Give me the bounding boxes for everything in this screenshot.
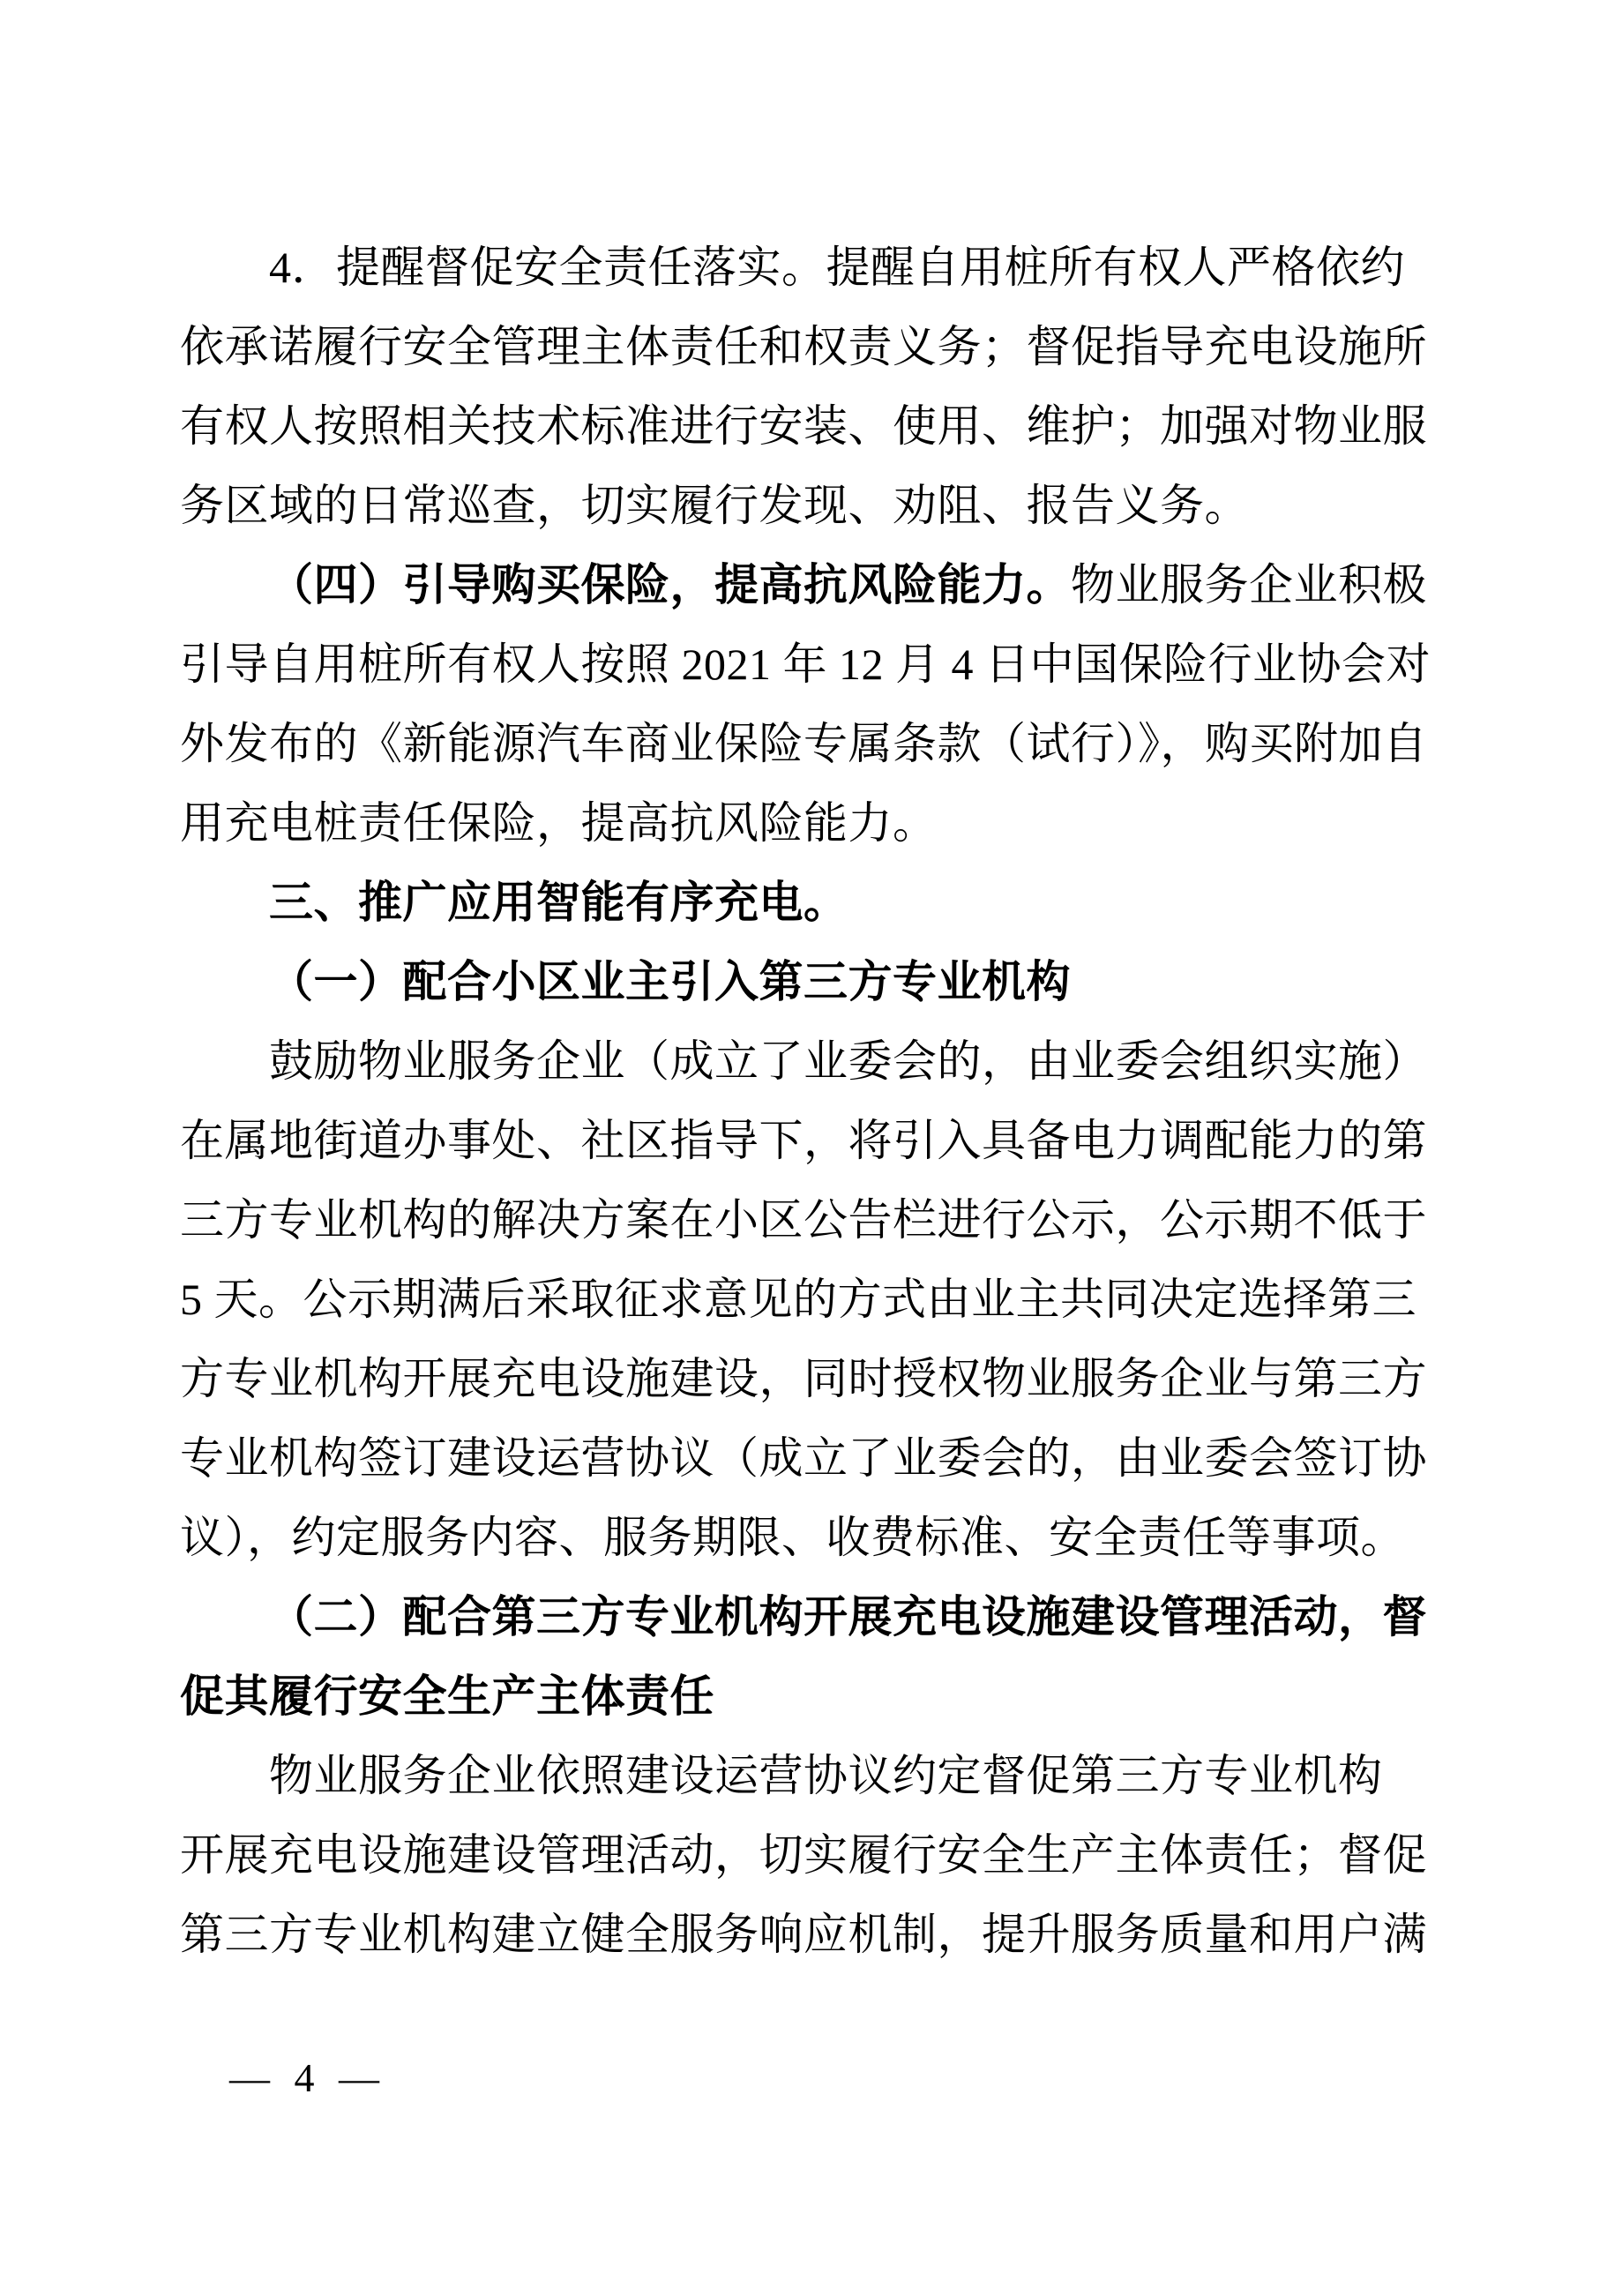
body-text: 第三方专业机构建立健全服务响应机制，提升服务质量和用户满 — [180, 1910, 1427, 1959]
heading-text: 促其履行安全生产主体责任 — [180, 1672, 714, 1721]
body-text: 引导自用桩所有权人按照 2021 年 12 月 4 日中国保险行业协会对 — [180, 639, 1431, 689]
body-text: 三方专业机构的解决方案在小区公告栏进行公示，公示期不低于 — [180, 1195, 1427, 1245]
text-line: 在属地街道办事处、社区指导下，将引入具备电力调配能力的第 — [180, 1101, 1461, 1180]
heading-text: （四）引导购买保险，提高抗风险能力。 — [269, 560, 1071, 610]
text-line: 专业机构签订建设运营协议（成立了业委会的，由业委会签订协 — [180, 1418, 1461, 1498]
text-line: 外发布的《新能源汽车商业保险专属条款（试行）》，购买附加自 — [180, 704, 1461, 783]
body-text: 方专业机构开展充电设施建设，同时授权物业服务企业与第三方 — [180, 1354, 1427, 1403]
heading-text: 三、推广应用智能有序充电。 — [269, 878, 848, 927]
body-text: 依承诺履行安全管理主体责任和权责义务；督促指导充电设施所 — [180, 322, 1427, 371]
text-line: 有权人按照相关技术标准进行安装、使用、维护；加强对物业服 — [180, 386, 1461, 466]
body-text: 物业服务企业积极 — [1071, 560, 1427, 610]
text-line: 5 天。公示期满后采取征求意见的方式由业主共同决定选择第三 — [180, 1260, 1461, 1339]
text-line: 物业服务企业依照建设运营协议约定督促第三方专业机构 — [180, 1736, 1461, 1815]
text-line: 鼓励物业服务企业（成立了业委会的，由业委会组织实施） — [180, 1021, 1461, 1101]
document-page: 4．提醒督促安全责任落实。提醒自用桩所有权人严格依约依承诺履行安全管理主体责任和… — [0, 0, 1622, 2296]
body-text: 鼓励物业服务企业（成立了业委会的，由业委会组织实施） — [269, 1036, 1427, 1086]
text-line: 依承诺履行安全管理主体责任和权责义务；督促指导充电设施所 — [180, 307, 1461, 386]
text-line: 第三方专业机构建立健全服务响应机制，提升服务质量和用户满 — [180, 1895, 1461, 1974]
text-line: 方专业机构开展充电设施建设，同时授权物业服务企业与第三方 — [180, 1339, 1461, 1418]
body-text: 外发布的《新能源汽车商业保险专属条款（试行）》，购买附加自 — [180, 719, 1428, 768]
text-line: （一）配合小区业主引入第三方专业机构 — [180, 942, 1461, 1021]
text-line: 用充电桩责任保险，提高抗风险能力。 — [180, 783, 1461, 863]
body-text: 有权人按照相关技术标准进行安装、使用、维护；加强对物业服 — [180, 401, 1427, 451]
text-line: （二）配合第三方专业机构开展充电设施建设管理活动，督 — [180, 1577, 1461, 1657]
text-line: 引导自用桩所有权人按照 2021 年 12 月 4 日中国保险行业协会对 — [180, 624, 1461, 704]
body-text: 专业机构签订建设运营协议（成立了业委会的，由业委会签订协 — [180, 1433, 1427, 1483]
body-text: 在属地街道办事处、社区指导下，将引入具备电力调配能力的第 — [180, 1116, 1427, 1165]
body-text: 用充电桩责任保险，提高抗风险能力。 — [180, 798, 938, 848]
heading-text: （二）配合第三方专业机构开展充电设施建设管理活动，督 — [269, 1592, 1427, 1642]
heading-text: （一）配合小区业主引入第三方专业机构 — [269, 957, 1071, 1006]
text-line: 开展充电设施建设管理活动，切实履行安全生产主体责任；督促 — [180, 1815, 1461, 1895]
body-text: 5 天。公示期满后采取征求意见的方式由业主共同决定选择第三 — [180, 1275, 1416, 1324]
text-line: 三方专业机构的解决方案在小区公告栏进行公示，公示期不低于 — [180, 1180, 1461, 1260]
body-text: 议），约定服务内容、服务期限、收费标准、安全责任等事项。 — [180, 1513, 1405, 1562]
text-line: 议），约定服务内容、服务期限、收费标准、安全责任等事项。 — [180, 1498, 1461, 1577]
text-line: 三、推广应用智能有序充电。 — [180, 863, 1461, 942]
document-body: 4．提醒督促安全责任落实。提醒自用桩所有权人严格依约依承诺履行安全管理主体责任和… — [180, 228, 1461, 1974]
body-text: 开展充电设施建设管理活动，切实履行安全生产主体责任；督促 — [180, 1830, 1427, 1880]
text-line: 4．提醒督促安全责任落实。提醒自用桩所有权人严格依约 — [180, 228, 1461, 307]
body-text: 物业服务企业依照建设运营协议约定督促第三方专业机构 — [269, 1751, 1383, 1800]
text-line: 促其履行安全生产主体责任 — [180, 1657, 1461, 1736]
text-line: 务区域的日常巡查，切实履行发现、劝阻、报告义务。 — [180, 466, 1461, 545]
body-text: 4．提醒督促安全责任落实。提醒自用桩所有权人严格依约 — [269, 243, 1405, 292]
body-text: 务区域的日常巡查，切实履行发现、劝阻、报告义务。 — [180, 481, 1249, 530]
page-number: — 4 — — [229, 2052, 386, 2105]
text-line: （四）引导购买保险，提高抗风险能力。物业服务企业积极 — [180, 545, 1461, 624]
